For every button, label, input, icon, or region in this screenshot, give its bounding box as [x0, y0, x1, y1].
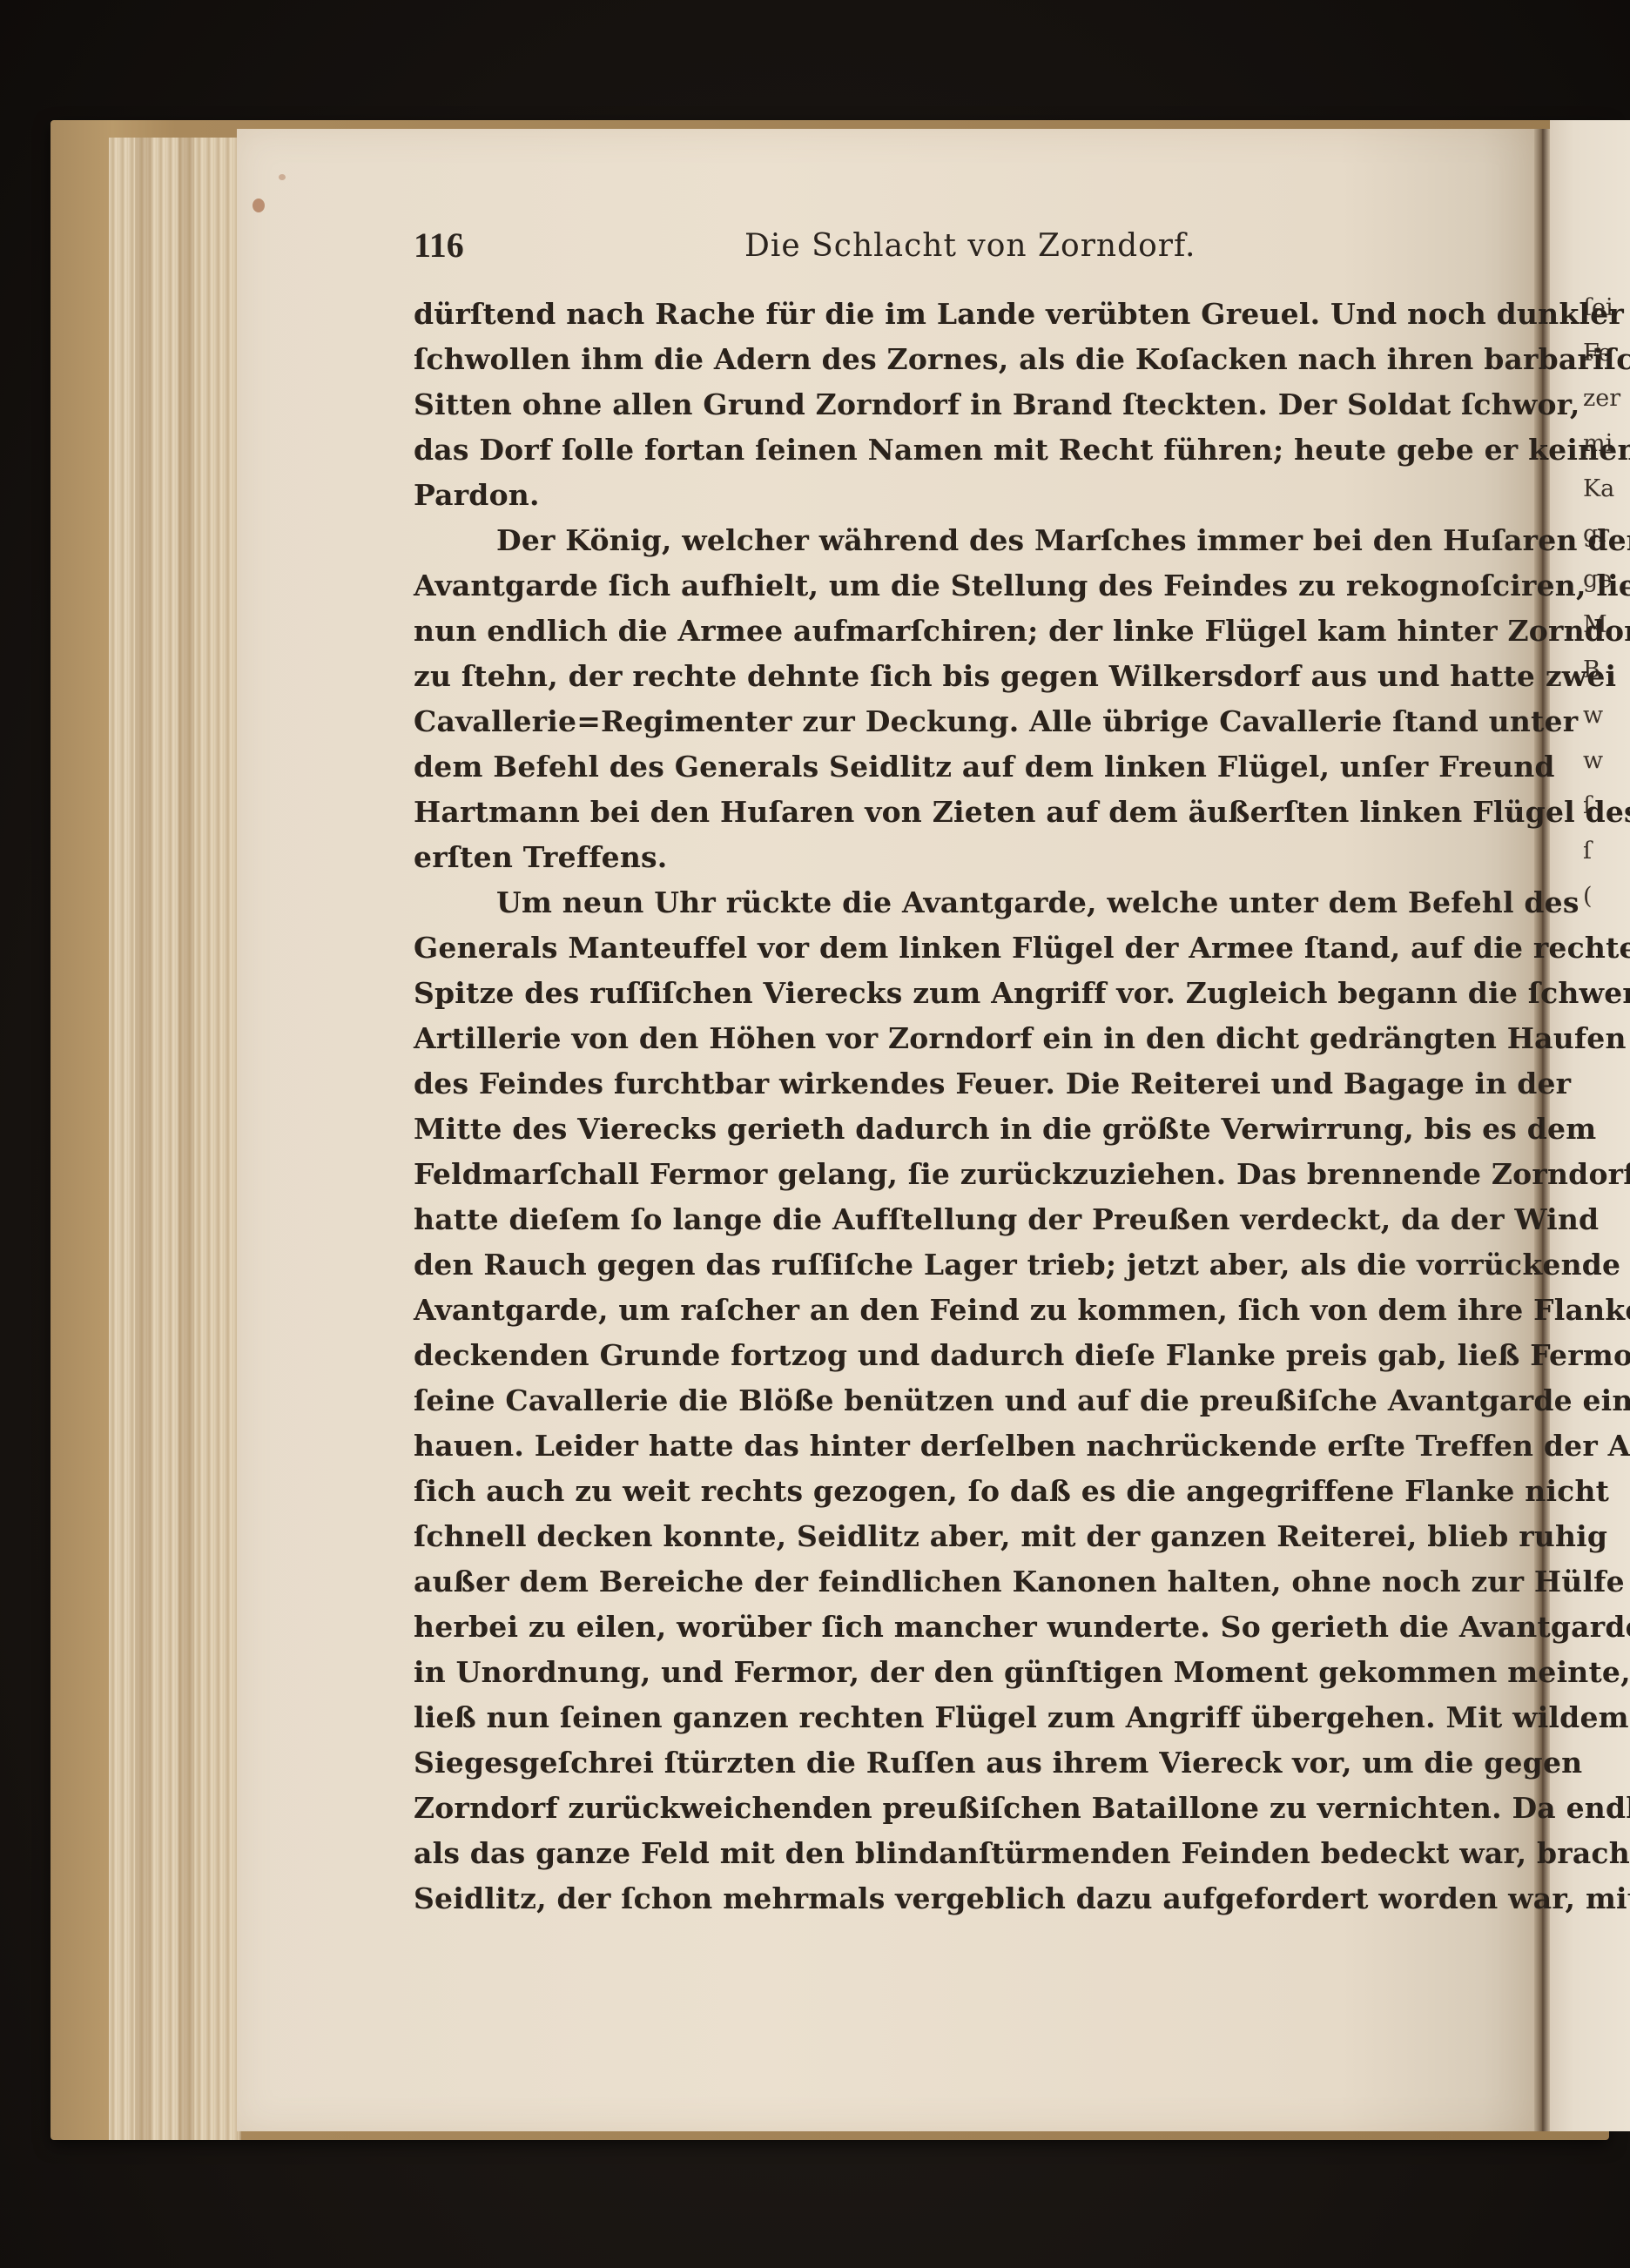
- page-edges-stack: [109, 138, 241, 2140]
- text-line: Seidlitz, der ſchon mehrmals vergeblich …: [414, 1876, 1432, 1921]
- text-line: Spitze des ruſſiſchen Vierecks zum Angri…: [414, 971, 1432, 1016]
- text-line: Sitten ohne allen Grund Zorndorf in Bran…: [414, 382, 1432, 427]
- edge-band: [178, 138, 194, 2140]
- text-line: nun endlich die Armee aufmarſchiren; der…: [414, 609, 1432, 654]
- foxing-spot: [279, 174, 286, 180]
- text-line: Avantgarde, um raſcher an den Feind zu k…: [414, 1288, 1432, 1333]
- text-line: ſchnell decken konnte, Seidlitz aber, mi…: [414, 1514, 1432, 1559]
- text-line: außer dem Bereiche der feindlichen Kanon…: [414, 1559, 1432, 1605]
- text-line: Mitte des Vierecks gerieth dadurch in di…: [414, 1107, 1432, 1152]
- facing-fragment: Ka: [1583, 475, 1614, 502]
- text-line: als das ganze Feld mit den blindanſtürme…: [414, 1831, 1432, 1876]
- text-line: hatte dieſem ſo lange die Aufſtellung de…: [414, 1197, 1432, 1242]
- text-line: Siegesgeſchrei ſtürzten die Ruſſen aus i…: [414, 1740, 1432, 1786]
- text-line: hauen. Leider hatte das hinter derſelben…: [414, 1423, 1432, 1469]
- text-line: Zorndorf zurückweichenden preußiſchen Ba…: [414, 1786, 1432, 1831]
- page-number: 116: [414, 225, 464, 266]
- text-line: Hartmann bei den Huſaren von Zieten auf …: [414, 790, 1432, 835]
- text-line: dürſtend nach Rache für die im Lande ver…: [414, 292, 1432, 337]
- text-line: erſten Treffens.: [414, 835, 1432, 880]
- running-head: 116 Die Schlacht von Zorndorf.: [414, 225, 1432, 277]
- text-line: Cavallerie=Regimenter zur Deckung. Alle …: [414, 699, 1432, 744]
- text-line: deckenden Grunde fortzog und dadurch die…: [414, 1333, 1432, 1378]
- text-line: das Dorf ſolle fortan ſeinen Namen mit R…: [414, 427, 1432, 473]
- text-line: herbei zu eilen, worüber ſich mancher wu…: [414, 1605, 1432, 1650]
- edge-band: [135, 138, 151, 2140]
- facing-fragment: zer: [1583, 385, 1620, 412]
- text-line: Um neun Uhr rückte die Avantgarde, welch…: [414, 880, 1432, 925]
- facing-fragment: ſ: [1583, 838, 1592, 865]
- text-line: des Feindes furchtbar wirkendes Feuer. D…: [414, 1061, 1432, 1107]
- text-line: ließ nun ſeinen ganzen rechten Flügel zu…: [414, 1695, 1432, 1740]
- text-line: in Unordnung, und Fermor, der den günſti…: [414, 1650, 1432, 1695]
- text-line: Avantgarde ſich aufhielt, um die Stellun…: [414, 563, 1432, 609]
- text-line: den Rauch gegen das ruſſiſche Lager trie…: [414, 1242, 1432, 1288]
- facing-fragment: w: [1583, 702, 1603, 729]
- body-text: dürſtend nach Rache für die im Lande ver…: [414, 292, 1432, 1921]
- text-line: ſchwollen ihm die Adern des Zornes, als …: [414, 337, 1432, 382]
- text-line: dem Befehl des Generals Seidlitz auf dem…: [414, 744, 1432, 790]
- text-line: ſich auch zu weit rechts gezogen, ſo daß…: [414, 1469, 1432, 1514]
- text-line: Der König, welcher während des Marſches …: [414, 518, 1432, 563]
- text-line: Artillerie von den Höhen vor Zorndorf ei…: [414, 1016, 1432, 1061]
- text-line: Pardon.: [414, 473, 1432, 518]
- running-title: Die Schlacht von Zorndorf.: [744, 228, 1196, 264]
- facing-fragment: (: [1583, 883, 1593, 910]
- text-line: ſeine Cavallerie die Blöße benützen und …: [414, 1378, 1432, 1423]
- text-line: Generals Manteuffel vor dem linken Flüge…: [414, 925, 1432, 971]
- text-line: Feldmarſchall Fermor gelang, ſie zurückz…: [414, 1152, 1432, 1197]
- text-line: zu ſtehn, der rechte dehnte ſich bis geg…: [414, 654, 1432, 699]
- facing-fragment: w: [1583, 747, 1603, 774]
- foxing-spot: [253, 199, 265, 212]
